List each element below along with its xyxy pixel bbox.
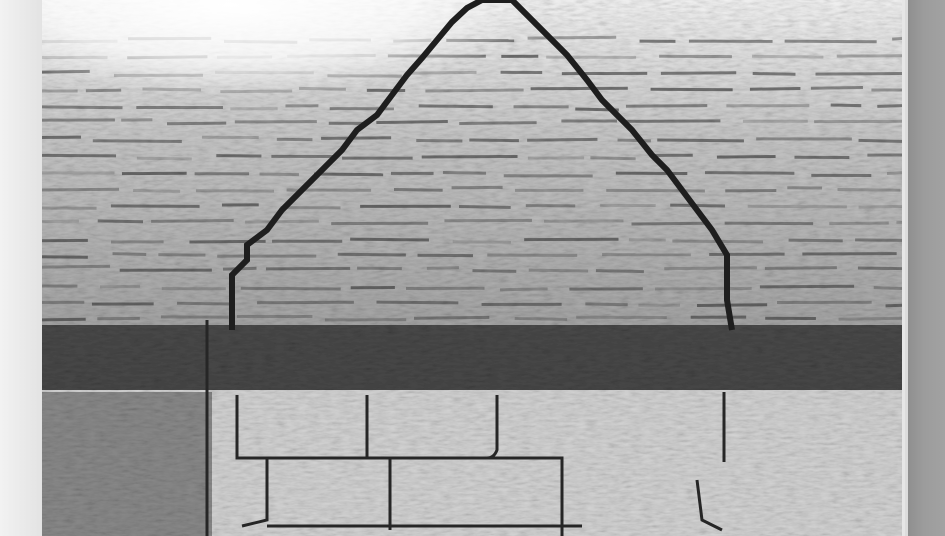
wall-drawing [42,0,902,536]
vegetation [42,392,212,536]
overexposed-glare [42,0,902,260]
dark-brick-band [42,325,902,390]
scan-left-margin [0,0,42,536]
scan-right-border [905,0,945,536]
wall-photograph [42,0,902,536]
